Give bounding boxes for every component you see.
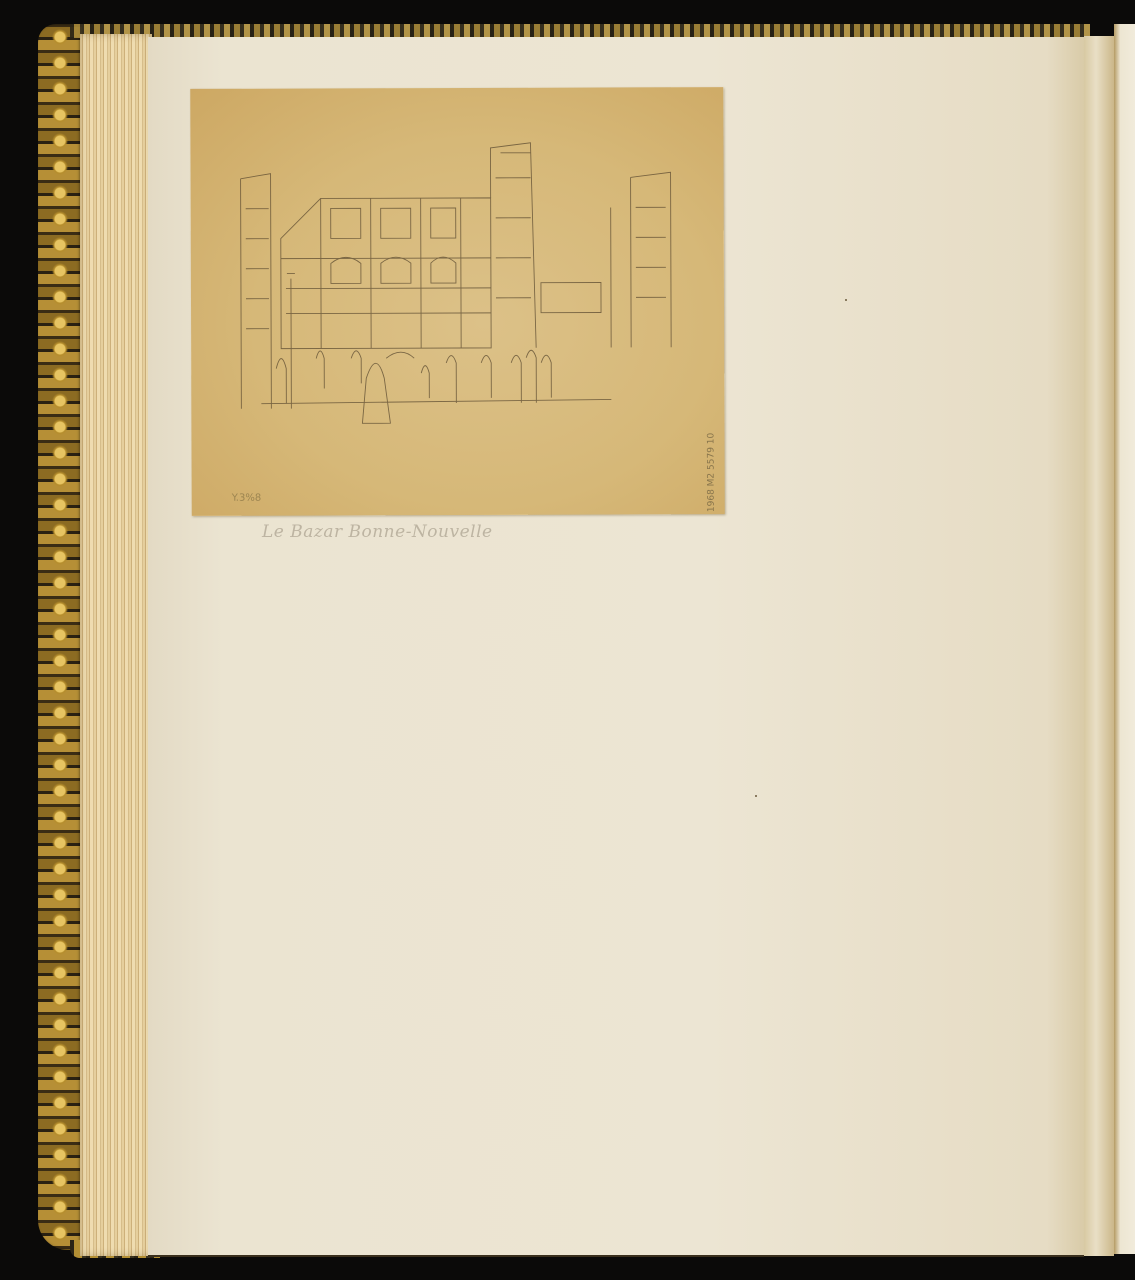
sketch-illustration — [190, 87, 724, 516]
paper-speck — [755, 795, 757, 797]
drawing-caption: Le Bazar Bonne-Nouvelle — [262, 522, 493, 542]
album-book: Y.3%8 1968 M2 5579 10 Le Bazar Bonne-Nou… — [0, 0, 1135, 1280]
page-edges-stack — [80, 34, 152, 1256]
paper-speck — [845, 299, 847, 301]
gilt-border-left — [38, 24, 82, 1250]
inventory-mark-right: 1968 M2 5579 10 — [706, 422, 716, 512]
facing-leaf — [1114, 24, 1135, 1254]
inventory-mark-left: Y.3%8 — [232, 493, 262, 504]
album-page: Y.3%8 1968 M2 5579 10 Le Bazar Bonne-Nou… — [148, 37, 1084, 1257]
tipped-in-drawing: Y.3%8 1968 M2 5579 10 — [190, 87, 724, 516]
gilt-border-top — [70, 24, 1090, 38]
right-page-edge — [1084, 36, 1114, 1256]
